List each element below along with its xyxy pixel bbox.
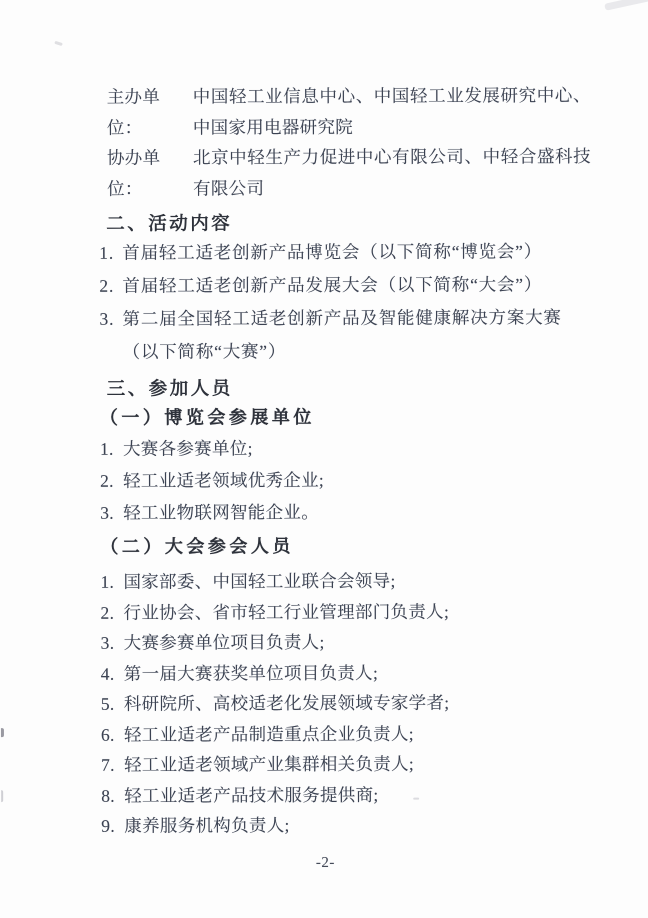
scan-artifact-smudge	[604, 0, 648, 11]
page-number: -2-	[1, 854, 648, 873]
scan-artifact-edge-mark	[1, 790, 3, 802]
organizer-entry-coorganizer: 协办单位： 北京中轻生产力促进中心有限公司、中轻合盛科技有限公司	[107, 141, 591, 204]
list-item-number: 2.	[99, 270, 122, 303]
list-item-text: 首届轻工适老创新产品发展大会（以下简称“大会”）	[122, 268, 568, 303]
list-item-number: 3.	[101, 628, 124, 659]
list-item-text: 轻工业物联网智能企业。	[123, 495, 570, 529]
scan-artifact-speck	[54, 41, 63, 46]
list-item: 2. 首届轻工适老创新产品发展大会（以下简称“大会”）	[99, 268, 569, 303]
list-item-number: 1.	[100, 567, 123, 598]
list-item: 9. 康养服务机构负责人;	[101, 809, 591, 841]
conference-attendees-list: 1. 国家部委、中国轻工业联合会领导; 2. 行业协会、省市轻工行业管理部门负责…	[100, 565, 591, 841]
list-item-text: 国家部委、中国轻工业联合会领导;	[123, 565, 590, 597]
list-item: 7. 轻工业适老领域产业集群相关负责人;	[101, 748, 591, 780]
organizers-block: 主办单位： 中国轻工业信息中心、中国轻工业发展研究中心、中国家用电器研究院 协办…	[107, 80, 591, 204]
list-item-text: 大赛参赛单位项目负责人;	[124, 626, 591, 658]
list-item-number: 2.	[100, 465, 123, 497]
list-item-text: 轻工业适老产品制造重点企业负责人;	[124, 718, 591, 750]
subheading-expo-exhibitors: （一）博览会参展单位	[100, 401, 315, 435]
list-item: 2. 行业协会、省市轻工行业管理部门负责人;	[100, 596, 590, 628]
list-item-number: 1.	[99, 237, 122, 270]
list-item-number: 3.	[100, 497, 123, 529]
list-item-text: 轻工业适老领域优秀企业;	[123, 463, 570, 497]
document-page: 主办单位： 中国轻工业信息中心、中国轻工业发展研究中心、中国家用电器研究院 协办…	[0, 0, 648, 918]
list-item-text: 首届轻工适老创新产品博览会（以下简称“博览会”）	[122, 235, 568, 270]
list-item-text: 轻工业适老产品技术服务提供商;	[124, 779, 591, 811]
list-item-text: 科研院所、高校适老化发展领域专家学者;	[124, 687, 591, 719]
list-item-number: 6.	[101, 719, 124, 750]
list-item-text: 大赛各参赛单位;	[123, 431, 570, 465]
list-item: 3. 轻工业物联网智能企业。	[100, 495, 570, 529]
expo-exhibitors-list: 1. 大赛各参赛单位; 2. 轻工业适老领域优秀企业; 3. 轻工业物联网智能企…	[100, 431, 570, 529]
list-item-text: 行业协会、省市轻工行业管理部门负责人;	[123, 596, 590, 628]
list-item-number: 4.	[101, 658, 124, 689]
list-item-text: 第一届大赛获奖单位项目负责人;	[124, 657, 591, 689]
list-item: 2. 轻工业适老领域优秀企业;	[100, 463, 570, 497]
list-item-number: 8.	[101, 780, 124, 811]
organizer-coorganizer-value: 北京中轻生产力促进中心有限公司、中轻合盛科技有限公司	[193, 141, 591, 203]
list-item: 3. 第二届全国轻工适老创新产品及智能健康解决方案大赛（以下简称“大赛”）	[99, 301, 569, 369]
list-item: 1. 大赛各参赛单位;	[100, 431, 570, 465]
list-item-number: 2.	[100, 597, 123, 628]
scan-artifact-edge-mark	[1, 728, 4, 737]
organizer-host-label: 主办单位：	[107, 81, 193, 142]
section-heading-activities: 二、活动内容	[106, 206, 232, 239]
organizer-host-value: 中国轻工业信息中心、中国轻工业发展研究中心、中国家用电器研究院	[193, 80, 591, 142]
activities-list: 1. 首届轻工适老创新产品博览会（以下简称“博览会”） 2. 首届轻工适老创新产…	[99, 235, 569, 369]
organizer-entry-host: 主办单位： 中国轻工业信息中心、中国轻工业发展研究中心、中国家用电器研究院	[107, 80, 591, 143]
list-item-text: 第二届全国轻工适老创新产品及智能健康解决方案大赛（以下简称“大赛”）	[122, 301, 568, 369]
subheading-conference-attendees: （二）大会参会人员	[100, 530, 294, 564]
section-heading-participants: 三、参加人员	[107, 371, 233, 404]
list-item: 4. 第一届大赛获奖单位项目负责人;	[101, 657, 591, 689]
list-item: 5. 科研院所、高校适老化发展领域专家学者;	[101, 687, 591, 719]
organizer-coorganizer-label: 协办单位：	[107, 142, 193, 203]
list-item: 1. 国家部委、中国轻工业联合会领导;	[100, 565, 590, 597]
list-item: 6. 轻工业适老产品制造重点企业负责人;	[101, 718, 591, 750]
list-item: 8. 轻工业适老产品技术服务提供商;	[101, 779, 591, 811]
list-item-number: 3.	[99, 303, 122, 336]
list-item-text: 康养服务机构负责人;	[124, 809, 591, 841]
list-item-number: 9.	[101, 811, 124, 842]
list-item-number: 5.	[101, 689, 124, 720]
list-item-number: 1.	[100, 433, 123, 465]
list-item-number: 7.	[101, 750, 124, 781]
list-item: 1. 首届轻工适老创新产品博览会（以下简称“博览会”）	[99, 235, 569, 270]
list-item: 3. 大赛参赛单位项目负责人;	[101, 626, 591, 658]
list-item-text: 轻工业适老领域产业集群相关负责人;	[124, 748, 591, 780]
